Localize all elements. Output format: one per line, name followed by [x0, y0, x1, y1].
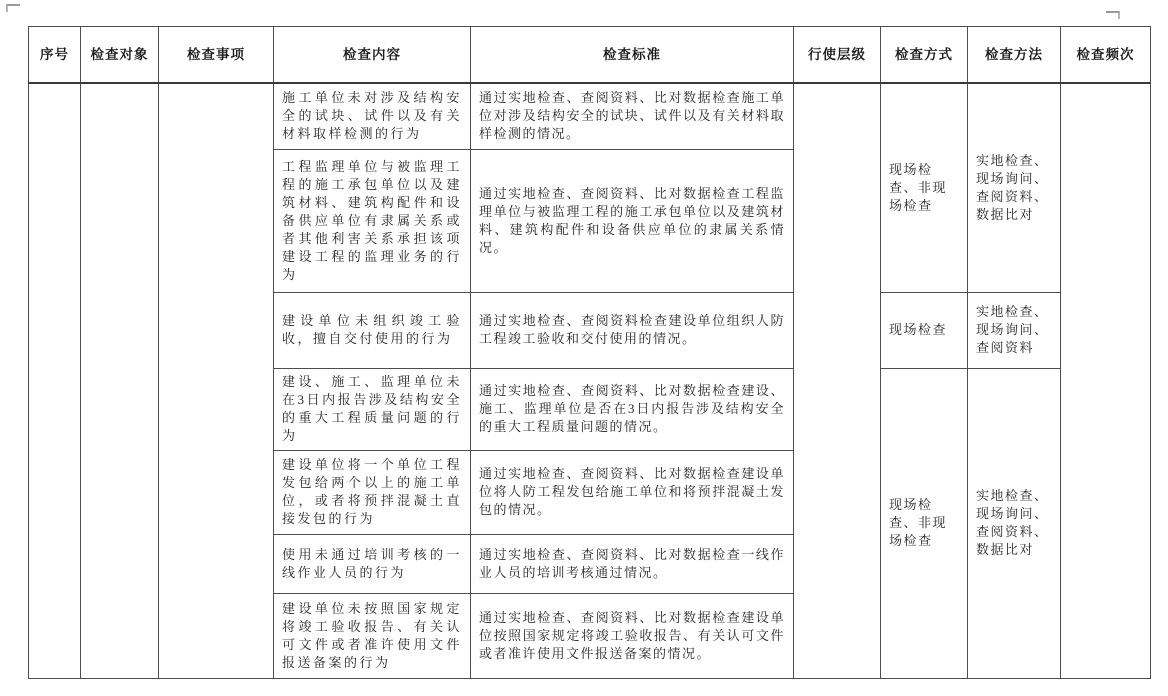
- header-serial-number: 序号: [29, 27, 81, 84]
- frequency-empty-cell: [1061, 83, 1151, 678]
- header-inspection-content: 检查内容: [274, 27, 471, 84]
- header-exercise-level: 行使层级: [794, 27, 881, 84]
- standard-cell: 通过实地检查、查阅资料、比对数据检查工程监理单位与被监理工程的施工承包单位以及建…: [471, 149, 794, 292]
- header-inspection-object: 检查对象: [81, 27, 159, 84]
- header-inspection-method: 检查方法: [968, 27, 1061, 84]
- header-row: 序号 检查对象 检查事项 检查内容 检查标准 行使层级 检查方式 检查方法 检查…: [29, 27, 1151, 84]
- method-cell: 实地检查、现场询问、查阅资料: [968, 292, 1061, 368]
- page-corner-mark-right: [1106, 11, 1120, 19]
- header-inspection-frequency: 检查频次: [1061, 27, 1151, 84]
- header-inspection-standard: 检查标准: [471, 27, 794, 84]
- mode-cell: 现场检查: [881, 292, 968, 368]
- method-cell: 实地检查、现场询问、查阅资料、数据比对: [968, 368, 1061, 678]
- header-inspection-item: 检查事项: [159, 27, 274, 84]
- content-cell: 建设单位将一个单位工程发包给两个以上的施工单位，或者将预拌混凝土直接发包的行为: [274, 450, 471, 534]
- inspection-items-table: 序号 检查对象 检查事项 检查内容 检查标准 行使层级 检查方式 检查方法 检查…: [28, 26, 1151, 679]
- mode-cell: 现场检查、非现场检查: [881, 83, 968, 292]
- method-cell: 实地检查、现场询问、查阅资料、数据比对: [968, 83, 1061, 292]
- inspection-object-empty-cell: [81, 83, 159, 678]
- exercise-level-empty-cell: [794, 83, 881, 678]
- content-cell: 建设单位未按照国家规定将竣工验收报告、有关认可文件或者准许使用文件报送备案的行为: [274, 593, 471, 678]
- mode-cell: 现场检查、非现场检查: [881, 368, 968, 678]
- content-cell: 建设、施工、监理单位未在3日内报告涉及结构安全的重大工程质量问题的行为: [274, 368, 471, 450]
- standard-cell: 通过实地检查、查阅资料、比对数据检查一线作业人员的培训考核通过情况。: [471, 534, 794, 593]
- standard-cell: 通过实地检查、查阅资料检查建设单位组织人防工程竣工验收和交付使用的情况。: [471, 292, 794, 368]
- serial-number-empty-cell: [29, 83, 81, 678]
- content-cell: 建设单位未组织竣工验收，擅自交付使用的行为: [274, 292, 471, 368]
- inspection-item-empty-cell: [159, 83, 274, 678]
- content-cell: 工程监理单位与被监理工程的施工承包单位以及建筑材料、建筑构配件和设备供应单位有隶…: [274, 149, 471, 292]
- table-row: 施工单位未对涉及结构安全的试块、试件以及有关材料取样检测的行为 通过实地检查、查…: [29, 83, 1151, 149]
- standard-cell: 通过实地检查、查阅资料、比对数据检查建设、施工、监理单位是否在3日内报告涉及结构…: [471, 368, 794, 450]
- page-corner-mark-left: [6, 4, 20, 12]
- content-cell: 施工单位未对涉及结构安全的试块、试件以及有关材料取样检测的行为: [274, 83, 471, 149]
- standard-cell: 通过实地检查、查阅资料、比对数据检查建设单位按照国家规定将竣工验收报告、有关认可…: [471, 593, 794, 678]
- standard-cell: 通过实地检查、查阅资料、比对数据检查施工单位对涉及结构安全的试块、试件以及有关材…: [471, 83, 794, 149]
- standard-cell: 通过实地检查、查阅资料、比对数据检查建设单位将人防工程发包给施工单位和将预拌混凝…: [471, 450, 794, 534]
- header-inspection-mode: 检查方式: [881, 27, 968, 84]
- content-cell: 使用未通过培训考核的一线作业人员的行为: [274, 534, 471, 593]
